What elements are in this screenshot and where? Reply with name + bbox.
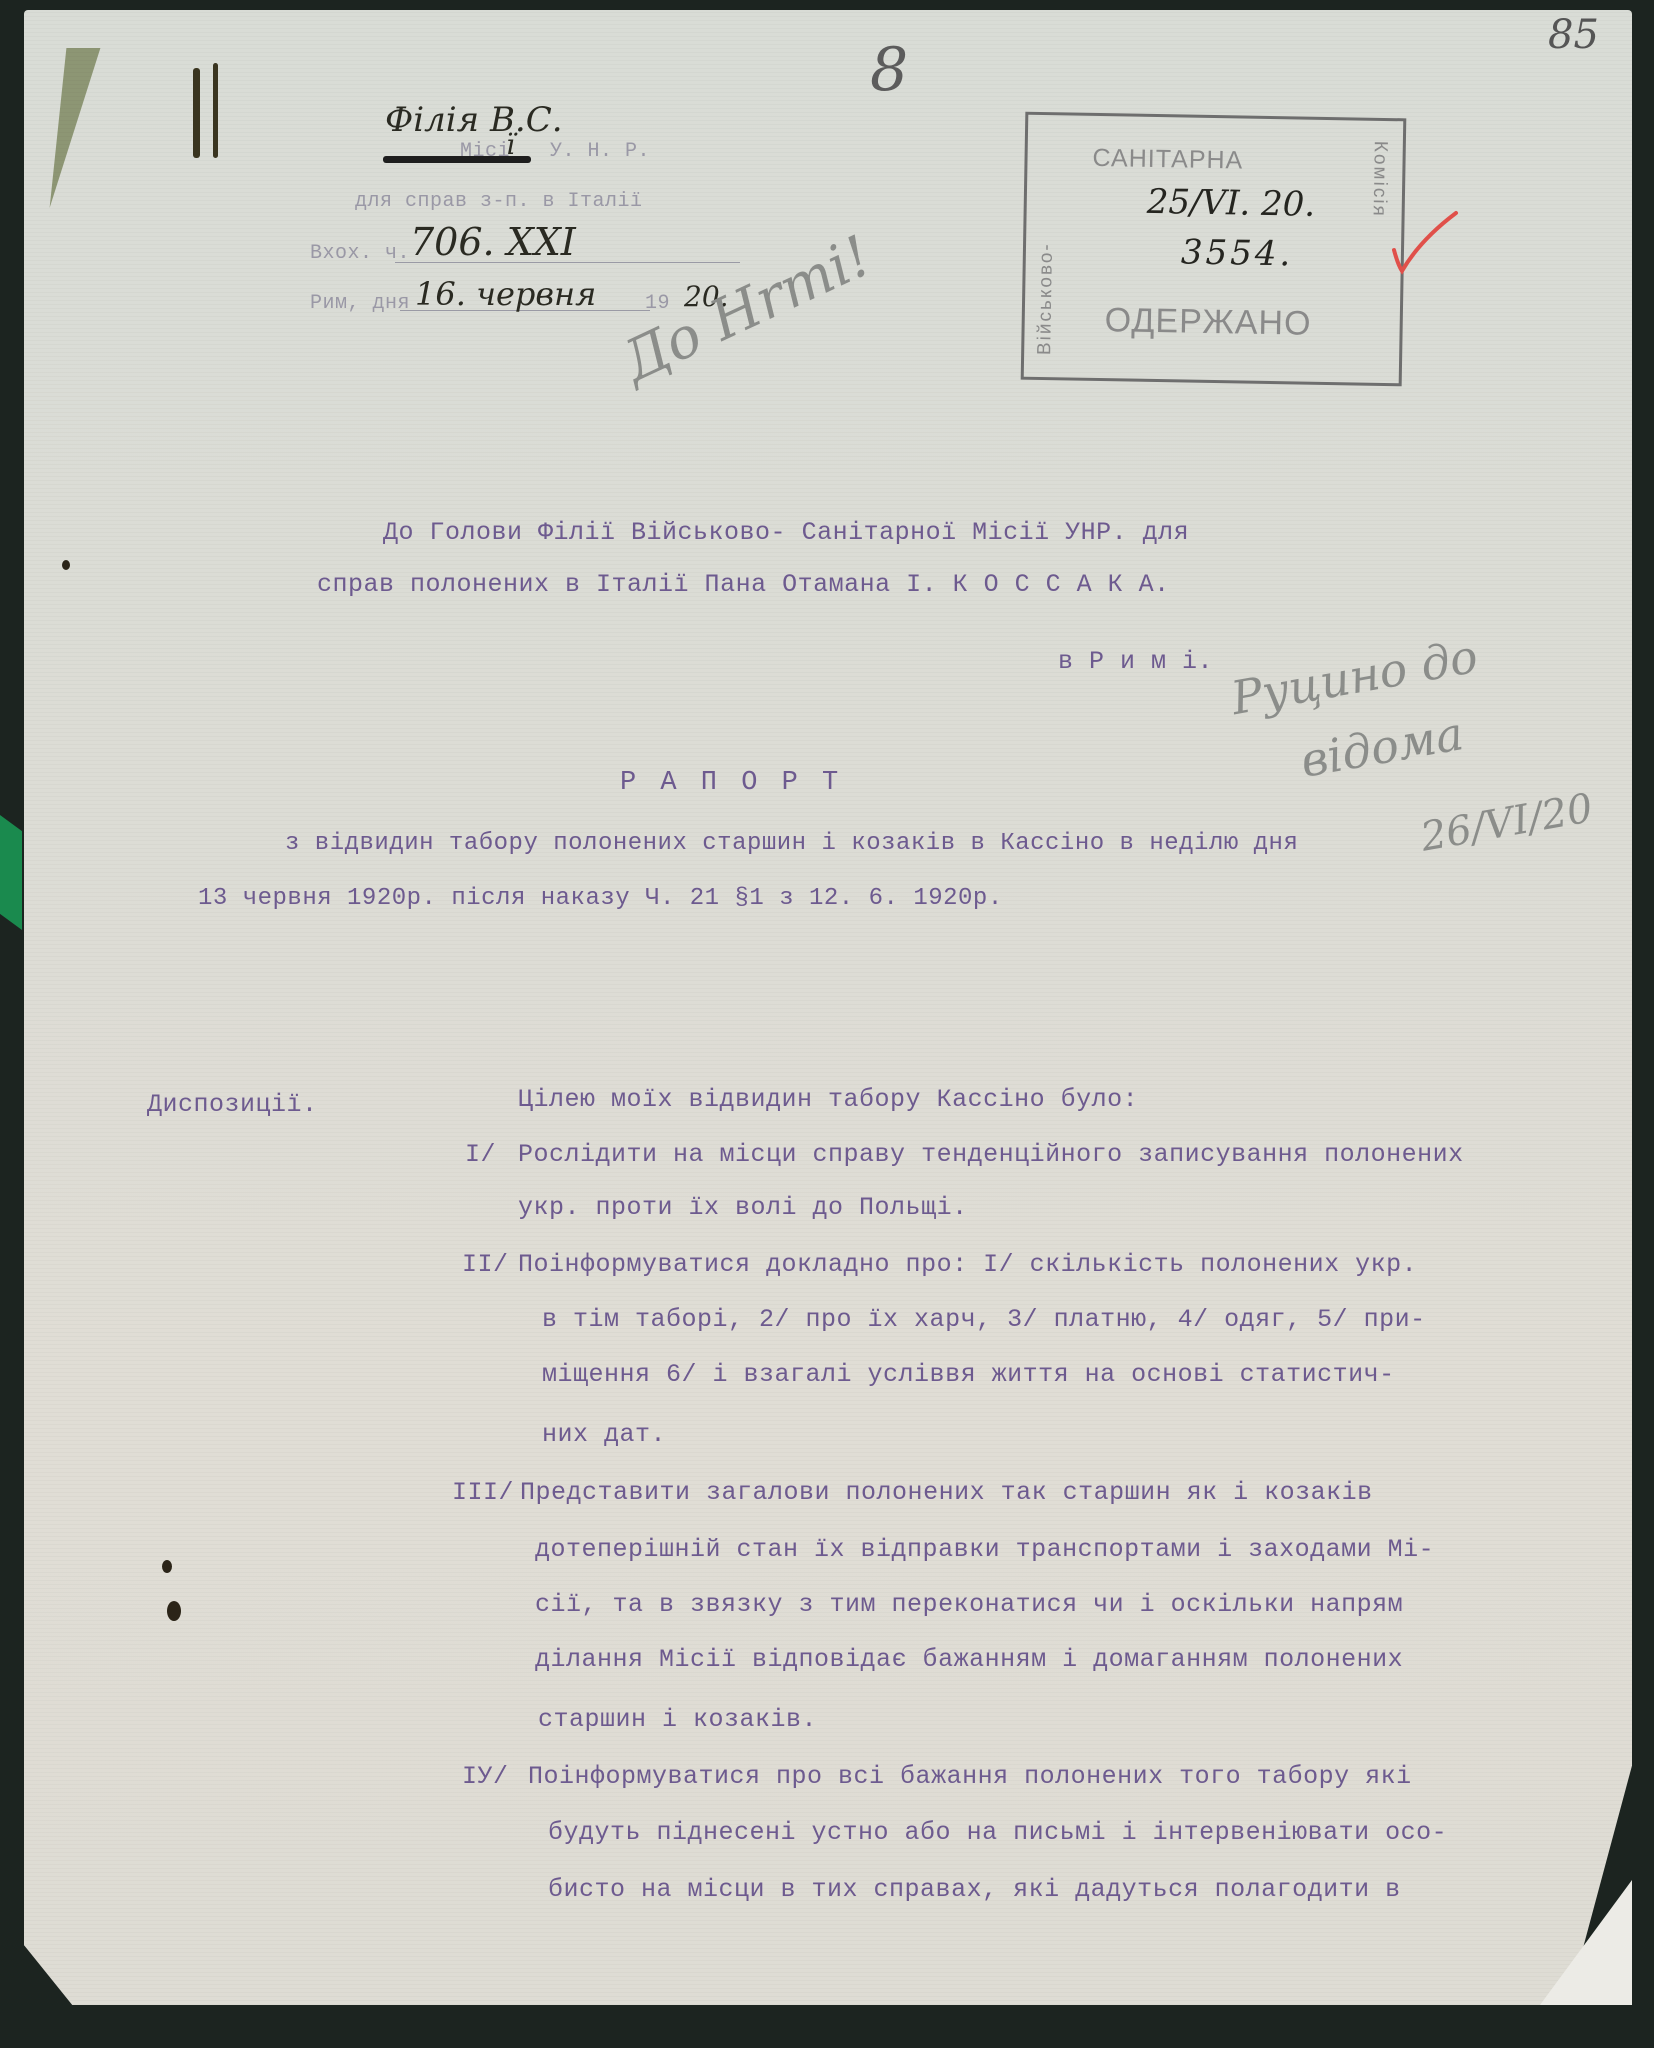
item-2-line-1: Поінформуватися докладно про: I/ скількі… (518, 1250, 1417, 1279)
document-title: Р А П О Р Т (620, 768, 842, 798)
stamp-top-text: САНІТАРНА (1092, 144, 1243, 176)
addressee-city: в Р и м і. (1058, 647, 1213, 676)
incoming-number: 706. XXI (410, 220, 576, 264)
header-line1-suffix: У. Н. Р. (550, 140, 650, 163)
red-check-icon (1390, 205, 1460, 275)
stamp-received-text: ОДЕРЖАНО (1104, 301, 1311, 344)
margin-hole (167, 1601, 181, 1621)
folded-corner-top-left (50, 48, 101, 208)
body-intro: Цілею моїх відвидин табору Кассіно було: (518, 1085, 1138, 1114)
subtitle-line1: з відвидин табору полонених старшин і ко… (285, 830, 1298, 857)
item-3-line-5: старшин і козаків. (538, 1705, 817, 1734)
received-stamp: Військово- САНІТАРНА 25/VI. 20. 3554. ОД… (1021, 112, 1407, 387)
item-2-line-2: в тім таборі, 2/ про їх харч, 3/ платню,… (542, 1305, 1426, 1334)
corner-mark: 8 (870, 35, 908, 105)
item-1-line-2: укр. проти їх волі до Польщі. (518, 1193, 968, 1222)
margin-hole (62, 560, 70, 570)
stamp-number: 3554. (1181, 232, 1294, 274)
header-line2: для справ з-п. в Італії (355, 190, 643, 213)
item-marker-2: II/ (462, 1250, 509, 1279)
item-4-line-3: бисто на місци в тих справах, які дадуть… (548, 1875, 1401, 1904)
item-1-line-1: Рослідити на місци справу тенденційного … (518, 1140, 1464, 1169)
addressee-line2: справ полонених в Італії Пана Отамана І.… (317, 570, 1170, 599)
item-3-line-2: дотеперішній стан їх відправки транспорт… (535, 1535, 1434, 1564)
item-marker-1: I/ (465, 1140, 496, 1169)
archive-tab-marker (0, 815, 22, 930)
stamp-date: 25/VI. 20. (1146, 182, 1315, 225)
date-label: Рим, дня (310, 292, 410, 315)
addressee-line1: До Голови Філії Військово- Санітарної Мі… (383, 518, 1189, 547)
item-3-line-3: сії, та в звязку з тим переконатися чи і… (535, 1590, 1403, 1619)
header-line1-typed: Місі (460, 140, 510, 163)
stamp-right-text: Комісія (1357, 141, 1391, 361)
page-number: 85 (1548, 12, 1599, 58)
margin-label-dispositions: Диспозиції. (147, 1090, 318, 1119)
item-marker-4: IУ/ (462, 1762, 509, 1791)
item-2-line-3: міщення 6/ і взагалі усліввя життя на ос… (542, 1360, 1395, 1389)
item-marker-3: III/ (452, 1478, 514, 1507)
item-4-line-1: Поінформуватися про всі бажання полонени… (528, 1762, 1412, 1791)
date-value: 16. червня (415, 275, 596, 313)
item-3-line-1: Представити загалови полонених так старш… (520, 1478, 1373, 1507)
subtitle-line2: 13 червня 1920р. після наказу Ч. 21 §1 з… (198, 885, 1003, 912)
item-3-line-4: ділання Місії відповідає бажанням і дома… (535, 1645, 1403, 1674)
header-line1-hand-insert: ї (506, 128, 515, 161)
ink-bar-mark (213, 63, 218, 158)
margin-hole (162, 1560, 172, 1573)
item-2-line-4: них дат. (542, 1420, 666, 1449)
stamp-left-text: Військово- (1034, 135, 1068, 355)
item-4-line-2: будуть піднесені устно або на письмі і і… (548, 1818, 1447, 1847)
handwritten-branch-name: Філія В.С. (385, 100, 563, 140)
ink-bar-mark (193, 68, 200, 158)
